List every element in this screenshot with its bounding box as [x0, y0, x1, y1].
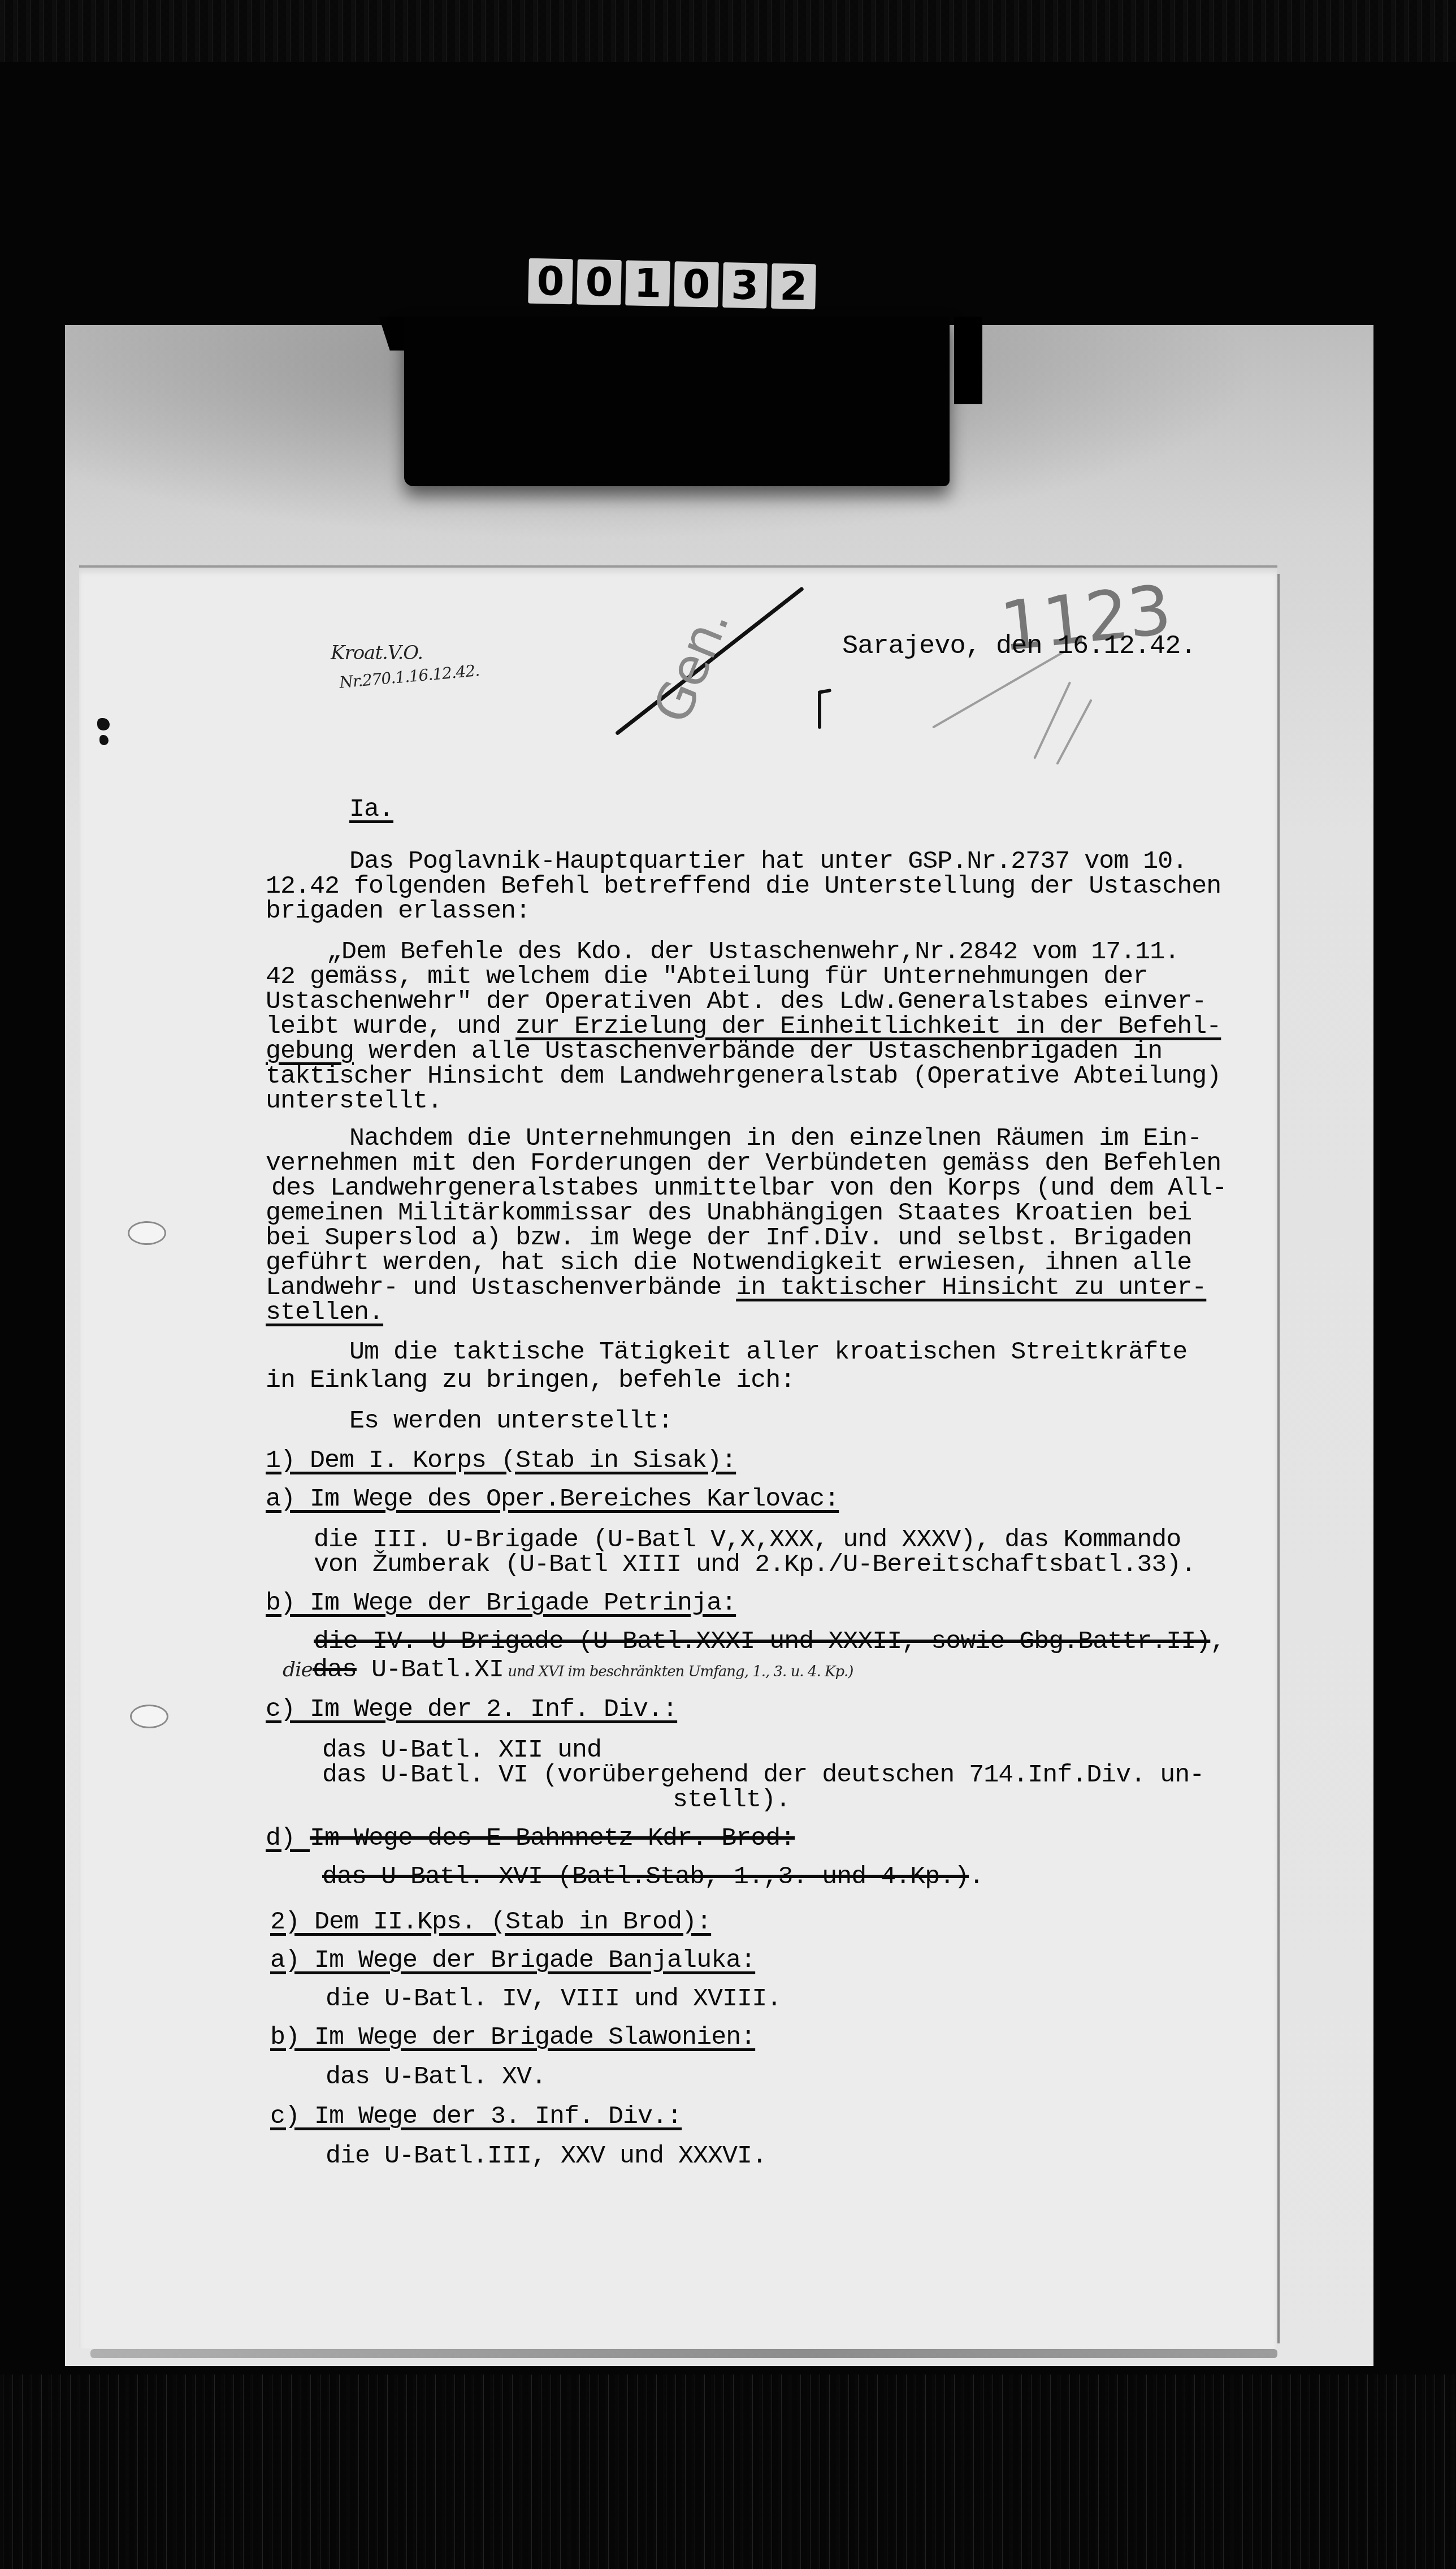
- handwritten-reference-1: Kroat.V.O.: [331, 642, 423, 664]
- corps2-heading: 2) Dem II.Kps. (Stab in Brod):: [270, 1909, 711, 1936]
- pencil-stroke: [932, 650, 1065, 728]
- corps2-a-line: die U-Batl. IV, VIII und XVIII.: [326, 1986, 781, 2013]
- corps1-b-heading: b) Im Wege der Brigade Petrinja:: [266, 1590, 736, 1617]
- corps1-c-line-1: das U-Batl. XII und: [322, 1737, 601, 1764]
- struck-text: das U-Batl. XVI (Batl.Stab, 1.,3. und 4.…: [322, 1862, 969, 1891]
- para2-line-2: vernehmen mit den Forderungen der Verbün…: [266, 1150, 1221, 1177]
- es-werden-unterstellt: Es werden unterstellt:: [349, 1408, 673, 1435]
- para2-line-6: geführt werden, hat sich die Notwendigke…: [266, 1249, 1191, 1277]
- quote-line-1: „Dem Befehle des Kdo. der Ustaschenwehr,…: [327, 938, 1179, 966]
- pencil-stroke: [1056, 699, 1093, 765]
- corps1-c-line-2: das U-Batl. VI (vorübergehend der deutsc…: [322, 1762, 1204, 1789]
- para2-line-3: des Landwehrgeneralstabes unmittelbar vo…: [271, 1175, 1227, 1202]
- handwritten-insert: und XVI im beschränkten Umfang, 1., 3. u…: [504, 1663, 853, 1680]
- quote-line-3: Ustaschenwehr" der Operativen Abt. des L…: [266, 988, 1206, 1015]
- quote-line-5: gebung werden alle Ustaschenverbände der…: [266, 1038, 1162, 1065]
- struck-text: die IV. U-Brigade (U-Batl.XXXI und XXXII…: [314, 1627, 1210, 1656]
- para2-line-5: bei Superslod a) bzw. im Wege der Inf.Di…: [266, 1225, 1191, 1252]
- corps2-c-line: die U-Batl.III, XXV und XXXVI.: [326, 2143, 766, 2170]
- quote-line-6: taktischer Hinsicht dem Landwehrgenerals…: [266, 1063, 1221, 1090]
- document-content: 1123 Kroat.V.O. Nr.270.1.16.12.42. Gen. …: [0, 0, 1456, 2569]
- department-code: Ia.: [349, 796, 393, 823]
- check-mark-icon: [818, 693, 821, 729]
- quote-line-7: unterstellt.: [266, 1088, 442, 1115]
- para2-line-8: stellen.: [266, 1299, 383, 1326]
- para3-line-2: in Einklang zu bringen, befehle ich:: [266, 1367, 795, 1394]
- para2-line-7: Landwehr- und Ustaschenverbände in takti…: [266, 1274, 1206, 1301]
- corps2-b-line: das U-Batl. XV.: [326, 2064, 546, 2091]
- tail: ,: [1210, 1627, 1225, 1656]
- corps1-c-line-3: stellt).: [673, 1787, 790, 1814]
- corps1-d-heading: d) Im Wege des E-Bahnnetz-Kdr. Brod:: [266, 1825, 795, 1852]
- corps1-b-struck-line: die IV. U-Brigade (U-Batl.XXXI und XXXII…: [314, 1628, 1225, 1655]
- intro-line-2: 12.42 folgenden Befehl betreffend die Un…: [266, 873, 1221, 900]
- corps1-a-heading: a) Im Wege des Oper.Bereiches Karlovac:: [266, 1486, 839, 1513]
- corps1-a-line-1: die III. U-Brigade (U-Batl V,X,XXX, und …: [314, 1526, 1181, 1554]
- corps2-b-heading: b) Im Wege der Brigade Slawonien:: [270, 2024, 755, 2051]
- quote-line-4: leibt wurde, und zur Erzielung der Einhe…: [266, 1013, 1221, 1040]
- corps2-c-heading: c) Im Wege der 3. Inf. Div.:: [270, 2103, 682, 2130]
- typed-text: U-Batl.XI: [357, 1655, 504, 1684]
- corps1-a-line-2: von Žumberak (U-Batl XIII und 2.Kp./U-Be…: [314, 1551, 1195, 1578]
- corps1-c-heading: c) Im Wege der 2. Inf. Div.:: [266, 1696, 677, 1723]
- quote-line-2: 42 gemäss, mit welchem die "Abteilung fü…: [266, 963, 1147, 991]
- struck-text: das: [313, 1655, 357, 1684]
- underlined-phrase: in taktischer Hinsicht zu unter-: [736, 1273, 1206, 1302]
- tail: .: [969, 1862, 983, 1891]
- intro-line-1: Das Poglavnik-Hauptquartier hat unter GS…: [349, 848, 1187, 875]
- corps2-a-heading: a) Im Wege der Brigade Banjaluka:: [270, 1947, 755, 1974]
- place-date: Sarajevo, den 16.12.42.: [842, 633, 1196, 660]
- pencil-initials: Gen.: [642, 600, 741, 731]
- check-mark-icon: [817, 689, 831, 694]
- corps1-heading: 1) Dem I. Korps (Stab in Sisak):: [266, 1447, 736, 1474]
- para3-line-1: Um die taktische Tätigkeit aller kroatis…: [349, 1339, 1187, 1366]
- corps1-b-amended-line: diedas U-Batl.XI und XVI im beschränkten…: [283, 1657, 853, 1685]
- struck-heading: Im Wege des E-Bahnnetz-Kdr. Brod:: [310, 1824, 795, 1853]
- handwritten-insert: die: [283, 1658, 313, 1681]
- para2-line-1: Nachdem die Unternehmungen in den einzel…: [349, 1125, 1202, 1152]
- handwritten-reference-2: Nr.270.1.16.12.42.: [339, 661, 480, 692]
- intro-line-3: brigaden erlassen:: [266, 898, 530, 925]
- corps1-d-line: das U-Batl. XVI (Batl.Stab, 1.,3. und 4.…: [322, 1863, 983, 1891]
- para2-line-4: gemeinen Militärkommissar des Unabhängig…: [266, 1200, 1191, 1227]
- item-letter: d): [266, 1824, 310, 1853]
